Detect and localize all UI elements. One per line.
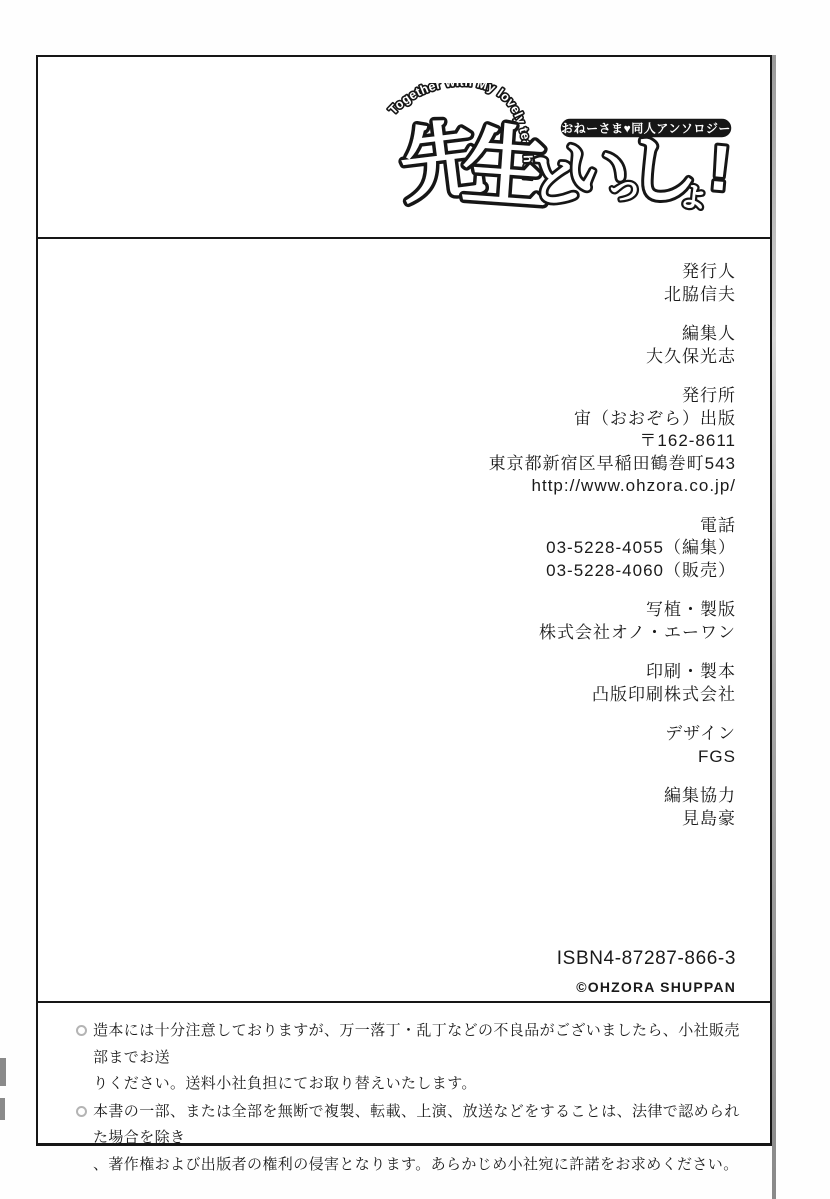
notice-line: 、著作権および出版者の権利の侵害となります。あらかじめ小社宛に許諾をお求めくださ… [93, 1152, 742, 1179]
scan-edge-shadow [772, 55, 776, 1199]
credit-value: 大久保光志 [38, 346, 736, 369]
credit-group-design: デザイン FGS [38, 723, 736, 768]
credit-value: 北脇信夫 [38, 284, 736, 307]
circle-bullet-icon [76, 1025, 87, 1036]
credit-group-printing: 印刷・製本 凸版印刷株式会社 [38, 661, 736, 706]
publisher-address: 東京都新宿区早稲田鶴巻町543 [38, 453, 736, 476]
postal-code: 〒162-8611 [38, 430, 736, 453]
credit-label: 写植・製版 [38, 599, 736, 622]
credit-label: デザイン [38, 723, 736, 746]
legal-notice-box: 造本には十分注意しておりますが、万一落丁・乱丁などの不良品がございましたら、小社… [38, 1001, 770, 1179]
credit-value: 見島豪 [38, 808, 736, 831]
credit-label: 発行人 [38, 261, 736, 284]
credit-group-typesetting: 写植・製版 株式会社オノ・エーワン [38, 599, 736, 644]
phone-sales: 03-5228-4060（販売） [38, 560, 736, 583]
credit-value: FGS [38, 746, 736, 769]
credit-group-publisher-person: 発行人 北脇信夫 [38, 261, 736, 306]
credit-group-editorial-cooperation: 編集協力 見島豪 [38, 785, 736, 830]
logo-header: Together with My lovely teacher! おねーさま♥同… [38, 57, 770, 239]
credit-group-publisher: 発行所 宙（おおぞら）出版 〒162-8611 東京都新宿区早稲田鶴巻町543 … [38, 385, 736, 498]
scan-artifact [0, 1058, 6, 1086]
isbn-block: ISBN4-87287-866-3 ©OHZORA SHUPPAN [557, 948, 736, 998]
notice-line: 造本には十分注意しておりますが、万一落丁・乱丁などの不良品がございましたら、小社… [93, 1018, 742, 1071]
title-char: ! [706, 131, 734, 205]
credit-label: 印刷・製本 [38, 661, 736, 684]
credit-label: 電話 [38, 515, 736, 538]
scan-artifact [0, 1098, 5, 1120]
circle-bullet-icon [76, 1106, 87, 1117]
credit-value: 株式会社オノ・エーワン [38, 622, 736, 645]
isbn-number: ISBN4-87287-866-3 [557, 948, 736, 971]
colophon-credits: 発行人 北脇信夫 編集人 大久保光志 発行所 宙（おおぞら）出版 〒162-86… [38, 239, 770, 1001]
phone-editorial: 03-5228-4055（編集） [38, 537, 736, 560]
notice-item-copyright: 本書の一部、または全部を無断で複製、転載、上演、放送などをすることは、法律で認め… [76, 1099, 742, 1179]
copyright-notice: ©OHZORA SHUPPAN [557, 976, 736, 999]
notice-line: りください。送料小社負担にてお取り替えいたします。 [93, 1071, 742, 1098]
colophon-page: Together with My lovely teacher! おねーさま♥同… [36, 55, 772, 1146]
credit-group-editor: 編集人 大久保光志 [38, 323, 736, 368]
credit-label: 発行所 [38, 385, 736, 408]
notice-item-returns: 造本には十分注意しておりますが、万一落丁・乱丁などの不良品がございましたら、小社… [76, 1018, 742, 1098]
credit-label: 編集協力 [38, 785, 736, 808]
book-title-logo: Together with My lovely teacher! おねーさま♥同… [384, 83, 744, 241]
notice-line: 本書の一部、または全部を無断で複製、転載、上演、放送などをすることは、法律で認め… [93, 1099, 742, 1152]
credit-group-phone: 電話 03-5228-4055（編集） 03-5228-4060（販売） [38, 515, 736, 583]
credit-value: 宙（おおぞら）出版 [38, 408, 736, 431]
publisher-url: http://www.ohzora.co.jp/ [38, 475, 736, 498]
credit-value: 凸版印刷株式会社 [38, 684, 736, 707]
credit-label: 編集人 [38, 323, 736, 346]
